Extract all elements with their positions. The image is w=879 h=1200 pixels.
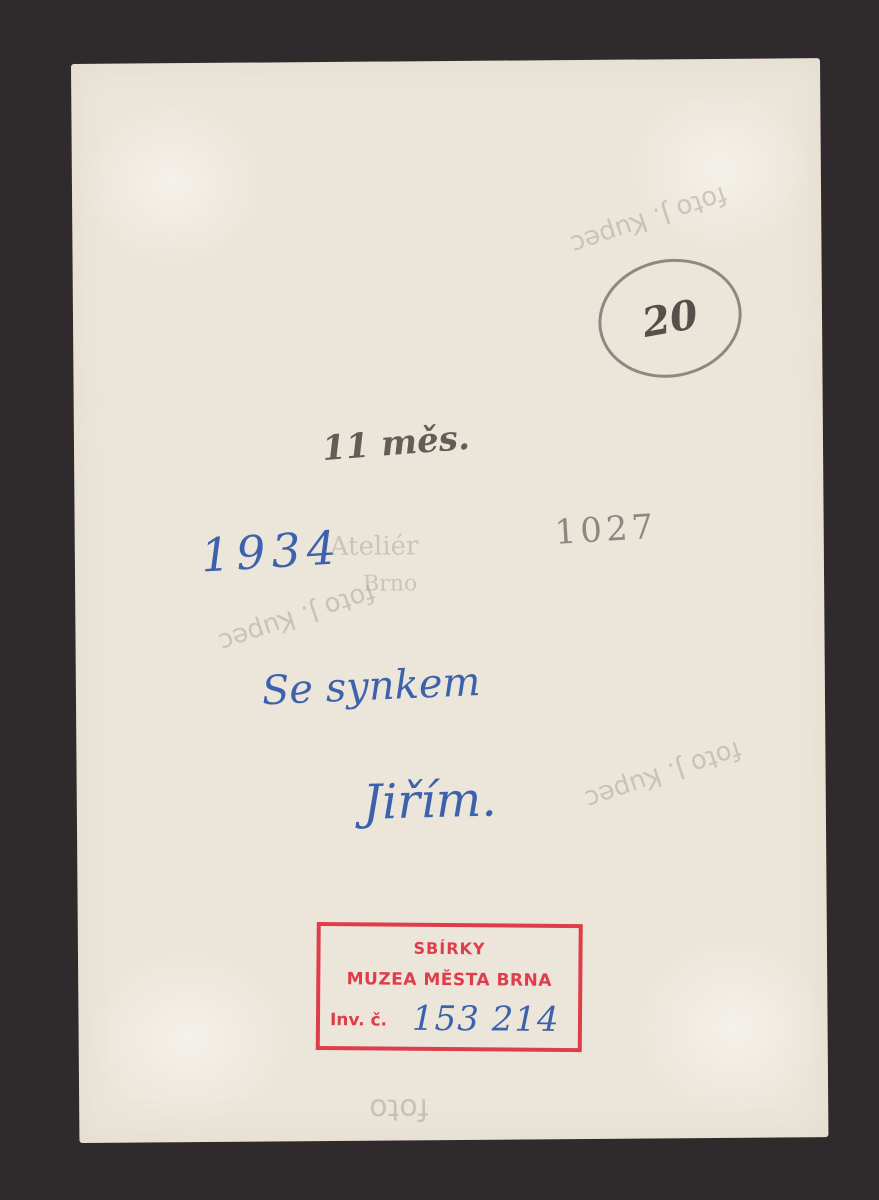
paper-stain	[638, 938, 829, 1119]
circled-number-text: 20	[638, 290, 701, 346]
photo-card-back: foto J. Kupec foto J. Kupec foto J. Kupe…	[71, 58, 828, 1143]
faint-city-imprint: Brno	[363, 571, 417, 596]
paper-stain	[81, 103, 262, 264]
handwritten-caption-line1: Se synkem	[261, 659, 481, 714]
museum-inventory-stamp: SBÍRKY MUZEA MĚSTA BRNA Inv. č. 153 214	[316, 922, 583, 1052]
typed-reference-number: 1027	[554, 507, 659, 553]
reversed-photographer-stamp: foto	[369, 1091, 428, 1126]
reversed-photographer-stamp: foto J. Kupec	[215, 577, 379, 657]
faint-studio-imprint: Ateliér	[330, 531, 419, 562]
stamp-inventory-number: 153 214	[412, 999, 560, 1040]
paper-stain	[88, 952, 289, 1124]
handwritten-caption-line2: Jiřím.	[362, 772, 497, 831]
circled-number: 20	[589, 247, 752, 389]
handwritten-year: 1934	[199, 520, 343, 582]
stamp-collection-label: SBÍRKY	[320, 938, 578, 959]
reversed-photographer-stamp: foto J. Kupec	[581, 734, 745, 814]
pencil-age-note: 11 měs.	[321, 418, 471, 469]
stamp-inventory-label: Inv. č.	[330, 1010, 387, 1030]
stamp-museum-name: MUZEA MĚSTA BRNA	[320, 969, 578, 991]
